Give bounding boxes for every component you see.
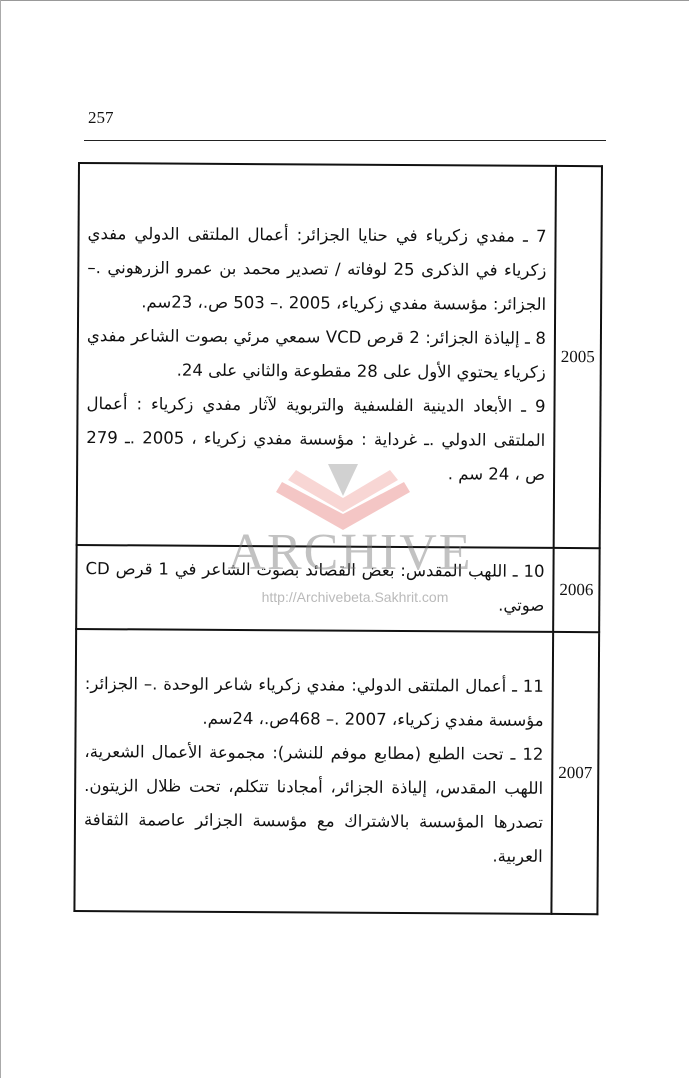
entries-cell: 7 ـ مفدي زكرياء في حنايا الجزائر: أعمال … xyxy=(77,163,556,548)
scan-border-top xyxy=(0,0,689,1)
header-rule xyxy=(84,140,606,141)
entries-cell: 10 ـ اللهب المقدس: بعض القصائد بصوت الشا… xyxy=(76,545,554,632)
table-row: 2007 11 ـ أعمال الملتقى الدولي: مفدي زكر… xyxy=(74,629,599,914)
bibliography-entry: 10 ـ اللهب المقدس: بعض القصائد بصوت الشا… xyxy=(85,552,544,623)
table-row: 2005 7 ـ مفدي زكرياء في حنايا الجزائر: أ… xyxy=(77,163,602,548)
bibliography-entry: 9 ـ الأبعاد الدينية الفلسفية والتربوية ل… xyxy=(86,387,546,492)
year-cell: 2006 xyxy=(553,548,600,632)
bibliography-entry: 7 ـ مفدي زكرياء في حنايا الجزائر: أعمال … xyxy=(87,217,547,322)
bibliography-entry: 8 ـ إلياذة الجزائر: 2 قرص VCD سمعي مرئي … xyxy=(87,319,546,390)
year-cell: 2005 xyxy=(554,166,602,548)
bibliography-table: 2005 7 ـ مفدي زكرياء في حنايا الجزائر: أ… xyxy=(73,162,603,915)
bibliography-entry: 11 ـ أعمال الملتقى الدولي: مفدي زكرياء ش… xyxy=(84,667,543,738)
scan-border-left xyxy=(0,0,1,1078)
table-row: 2006 10 ـ اللهب المقدس: بعض القصائد بصوت… xyxy=(76,545,600,632)
year-cell: 2007 xyxy=(551,632,599,914)
page-number: 257 xyxy=(88,108,114,128)
bibliography-entry: 12 ـ تحت الطبع (مطابع موفم للنشر): مجموع… xyxy=(84,735,544,874)
entries-cell: 11 ـ أعمال الملتقى الدولي: مفدي زكرياء ش… xyxy=(74,629,553,914)
